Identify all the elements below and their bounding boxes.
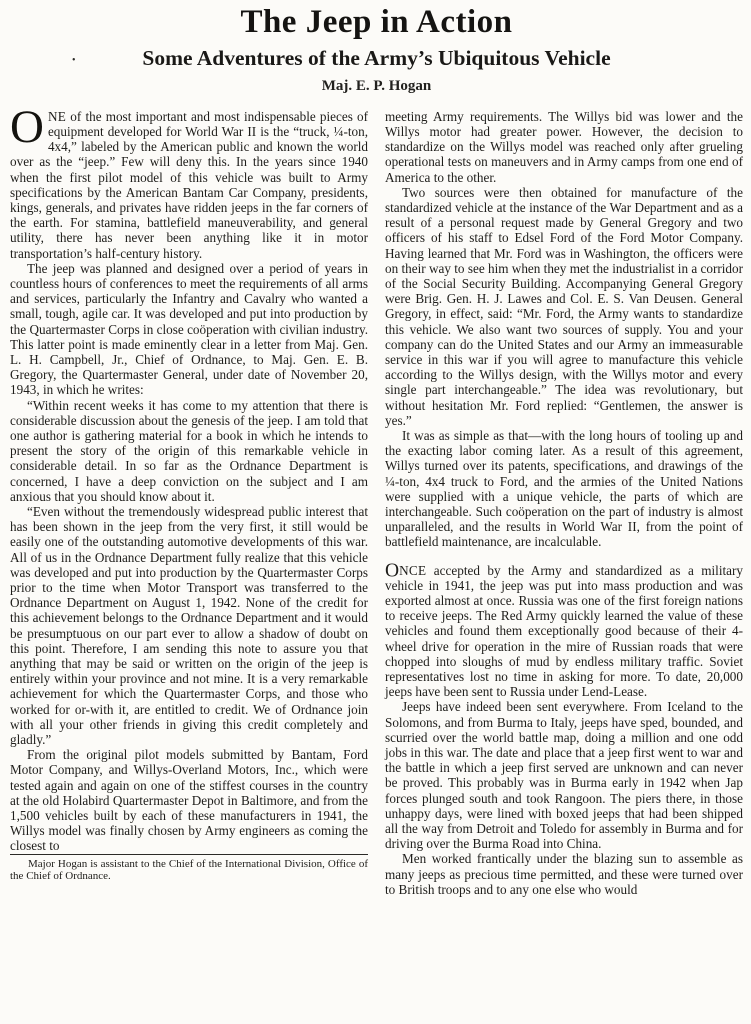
dropcap-letter: O [10,109,48,141]
article-byline: Maj. E. P. Hogan [10,78,743,95]
left-column: ONE of the most important and most indis… [10,109,368,1023]
lead-text: of the most important and most indispens… [10,109,368,261]
lead-caps: NE [48,109,66,124]
paragraph: “Within recent weeks it has come to my a… [10,398,368,504]
article-subtitle: Some Adventures of the Army’s Ubiquitous… [10,46,743,72]
paragraph: Jeeps have indeed been sent everywhere. … [385,699,743,851]
article-body: ONE of the most important and most indis… [10,109,743,1023]
section-text: accepted by the Army and standardized as… [385,563,743,700]
magazine-page: The Jeep in Action • Some Adventures of … [0,0,751,1024]
paragraph-lead: ONE of the most important and most indis… [10,109,368,261]
paragraph: Men worked frantically under the blazing… [385,851,743,897]
subtitle-bullet: • [72,55,76,66]
author-footnote: Major Hogan is assistant to the Chief of… [10,854,368,883]
paragraph: Two sources were then obtained for manuf… [385,185,743,428]
section-lead-caps: NCE [399,563,426,578]
article-title: The Jeep in Action [10,4,743,42]
paragraph: From the original pilot models submitted… [10,747,368,853]
paragraph: The jeep was planned and designed over a… [10,261,368,398]
right-column: meeting Army requirements. The Willys bi… [385,109,743,1023]
paragraph-continuation: meeting Army requirements. The Willys bi… [385,109,743,185]
paragraph: “Even without the tremendously widesprea… [10,504,368,747]
paragraph-section-start: ONCE accepted by the Army and standardiz… [385,563,743,700]
article-header: The Jeep in Action • Some Adventures of … [10,4,743,95]
paragraph: It was as simple as that—with the long h… [385,428,743,550]
subtitle-row: • Some Adventures of the Army’s Ubiquito… [10,46,743,72]
